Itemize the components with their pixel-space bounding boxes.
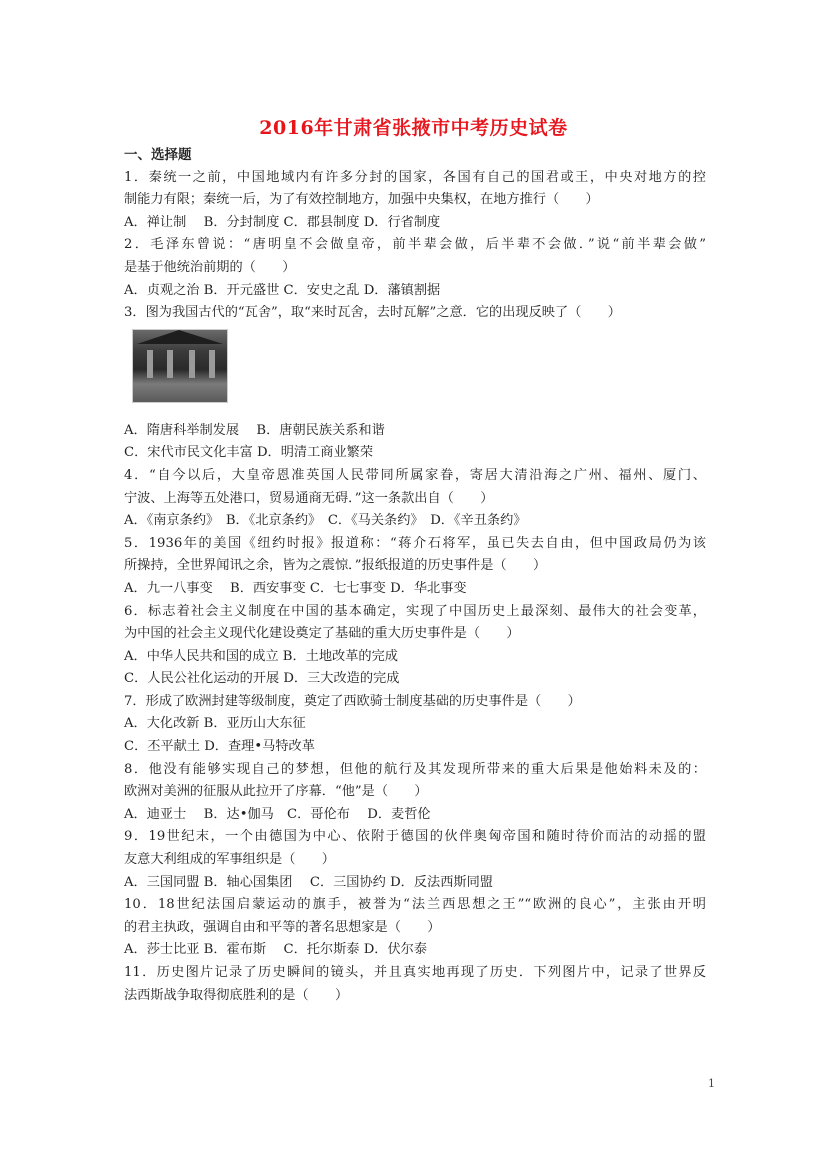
question-9: 9．19世纪末，一个由德国为中心、依附于德国的伙伴奥匈帝国和随时待价而沽的动摇的… [124,826,706,894]
question-options: A．禅让制 B．分封制度 C．郡县制度 D．行省制度 [124,212,706,235]
pillar [147,350,153,378]
question-text: 为中国的社会主义现代化建设奠定了基础的重大历史事件是（ ） [124,623,706,646]
question-options: A．莎士比亚 B．霍布斯 C．托尔斯泰 D．伏尔泰 [124,939,706,962]
question-5: 5．1936年的美国《纽约时报》报道称：“蒋介石将军，虽已失去自由，但中国政局仍… [124,533,706,601]
question-text: 欧洲对美洲的征服从此拉开了序幕．“他”是（ ） [124,781,706,804]
document-page: 2016年甘肃省张掖市中考历史试卷 一、选择题 1．秦统一之前，中国地域内有许多… [0,0,827,1169]
page-title: 2016年甘肃省张掖市中考历史试卷 [0,113,827,140]
pillar [167,350,173,378]
roof-shape [137,330,223,344]
question-11: 11．历史图片记录了历史瞬间的镜头，并且真实地再现了历史．下列图片中，记录了世界… [124,962,706,1007]
pillar [189,350,195,378]
question-list: 一、选择题 1．秦统一之前，中国地域内有许多分封的国家，各国有自己的国君或王，中… [124,144,706,1007]
question-text: 法西斯战争取得彻底胜利的是（ ） [124,985,706,1008]
question-text: 是基于他统治前期的（ ） [124,257,706,280]
question-text: 9．19世纪末，一个由德国为中心、依附于德国的伙伴奥匈帝国和随时待价而沽的动摇的… [124,826,706,849]
wa-she-image [132,329,228,403]
question-options: C．人民公社化运动的开展 D．三大改造的完成 [124,668,706,691]
question-text: 1．秦统一之前，中国地域内有许多分封的国家，各国有自己的国君或王，中央对地方的控 [124,167,706,190]
question-text: 宁波、上海等五处港口，贸易通商无碍．”这一条款出自（ ） [124,488,706,511]
question-text: 制能力有限；秦统一后，为了有效控制地方，加强中央集权，在地方推行（ ） [124,189,706,212]
question-10: 10．18世纪法国启蒙运动的旗手，被誉为“法兰西思想之王”“欧洲的良心”，主张由… [124,894,706,962]
question-text: 10．18世纪法国启蒙运动的旗手，被誉为“法兰西思想之王”“欧洲的良心”，主张由… [124,894,706,917]
question-options: A．迪亚士 B．达•伽马 C．哥伦布 D．麦哲伦 [124,804,706,827]
section-heading: 一、选择题 [124,144,706,167]
question-options: A．九一八事变 B．西安事变 C．七七事变 D．华北事变 [124,578,706,601]
question-1: 1．秦统一之前，中国地域内有许多分封的国家，各国有自己的国君或王，中央对地方的控… [124,167,706,235]
question-text: 2．毛泽东曾说：“唐明皇不会做皇帝，前半辈会做，后半辈不会做．”说“前半辈会做” [124,234,706,257]
page-number: 1 [708,1077,715,1090]
question-text: 所操持，全世界闻讯之余，皆为之震惊．”报纸报道的历史事件是（ ） [124,555,706,578]
question-options: A．大化改新 B．亚历山大东征 [124,713,706,736]
question-text: 8．他没有能够实现自己的梦想，但他的航行及其发现所带来的重大后果是他始料未及的： [124,759,706,782]
question-text: 友意大利组成的军事组织是（ ） [124,849,706,872]
question-7: 7．形成了欧洲封建等级制度，奠定了西欧骑士制度基础的历史事件是（ ） A．大化改… [124,691,706,759]
question-text: 6．标志着社会主义制度在中国的基本确定，实现了中国历史上最深刻、最伟大的社会变革… [124,601,706,624]
question-options: A．中华人民共和国的成立 B．土地改革的完成 [124,646,706,669]
question-2: 2．毛泽东曾说：“唐明皇不会做皇帝，前半辈会做，后半辈不会做．”说“前半辈会做”… [124,234,706,302]
question-text: 4．“自今以后，大皇帝恩准英国人民带同所属家眷，寄居大清沿海之广州、福州、厦门、 [124,465,706,488]
question-options: C．丕平献土 D．查理•马特改革 [124,736,706,759]
question-text: 11．历史图片记录了历史瞬间的镜头，并且真实地再现了历史．下列图片中，记录了世界… [124,962,706,985]
pillar [209,350,215,378]
question-text: 7．形成了欧洲封建等级制度，奠定了西欧骑士制度基础的历史事件是（ ） [124,691,706,714]
question-options: A．隋唐科举制发展 B．唐朝民族关系和谐 [124,420,706,443]
question-3: 3．图为我国古代的“瓦舍”，取“来时瓦舍，去时瓦解”之意．它的出现反映了（ ） … [124,302,706,465]
question-6: 6．标志着社会主义制度在中国的基本确定，实现了中国历史上最深刻、最伟大的社会变革… [124,601,706,691]
question-options: C．宋代市民文化丰富 D．明清工商业繁荣 [124,442,706,465]
question-options: A．《南京条约》 B．《北京条约》 C．《马关条约》 D．《辛丑条约》 [124,510,706,533]
question-8: 8．他没有能够实现自己的梦想，但他的航行及其发现所带来的重大后果是他始料未及的：… [124,759,706,827]
question-text: 5．1936年的美国《纽约时报》报道称：“蒋介石将军，虽已失去自由，但中国政局仍… [124,533,706,556]
question-options: A．贞观之治 B．开元盛世 C．安史之乱 D．藩镇割据 [124,280,706,303]
question-4: 4．“自今以后，大皇帝恩准英国人民带同所属家眷，寄居大清沿海之广州、福州、厦门、… [124,465,706,533]
question-text: 3．图为我国古代的“瓦舍”，取“来时瓦舍，去时瓦解”之意．它的出现反映了（ ） [124,302,706,325]
question-options: A．三国同盟 B．轴心国集团 C．三国协约 D．反法西斯同盟 [124,872,706,895]
question-text: 的君主执政，强调自由和平等的著名思想家是（ ） [124,917,706,940]
